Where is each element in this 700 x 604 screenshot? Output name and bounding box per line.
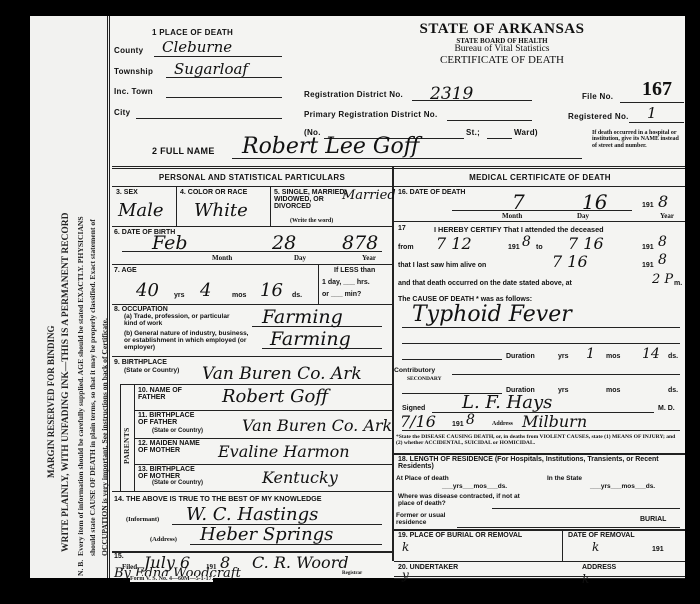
cause-of-death: Typhoid Fever: [412, 302, 572, 327]
to-year: 8: [658, 234, 667, 250]
birthplace-value: Van Buren Co. Ark: [202, 364, 362, 384]
father-birthplace-value: Van Buren Co. Ark: [242, 416, 392, 435]
township-value: Sugarloaf: [174, 60, 248, 78]
occupation-b-label: (b) General nature of industry, business…: [124, 331, 254, 351]
dob-day-caption: Day: [294, 254, 306, 262]
removal-mark: k: [592, 540, 599, 554]
mother-name-label: 12. MAIDEN NAME OF MOTHER: [138, 440, 208, 455]
father-name-label: 10. NAME OF FATHER: [138, 387, 208, 402]
signed-year-prefix: 191: [452, 421, 464, 428]
last-saw-year: 8: [658, 252, 667, 268]
registered-no-label: Registered No.: [568, 112, 629, 121]
age-yrs-caption: yrs: [174, 292, 185, 299]
birthplace-hint: (State or Country): [124, 367, 179, 374]
m-label: m.: [674, 280, 682, 287]
duration2-ds-label: ds.: [668, 387, 678, 394]
secondary-label: SECONDARY: [407, 376, 442, 382]
father-birthplace-label: 11. BIRTHPLACE OF FATHER: [138, 412, 198, 427]
in-mos: mos: [621, 483, 634, 490]
margin-reserved-text: MARGIN RESERVED FOR BINDING: [46, 326, 56, 478]
duration-days: 14: [642, 346, 660, 362]
marital-num: 5.: [274, 189, 280, 196]
occupation-a-label: (a) Trade, profession, or particular kin…: [124, 314, 232, 328]
informant-value: W. C. Hastings: [186, 504, 318, 525]
registration-district-label: Registration District No.: [304, 90, 403, 99]
at-yrs: yrs: [453, 483, 463, 490]
street-label: St.;: [466, 128, 480, 137]
full-name-label: 2 FULL NAME: [152, 146, 215, 156]
birthplace-label: 9. BIRTHPLACE: [114, 359, 167, 366]
sex-value: Male: [118, 200, 164, 221]
registration-district-value: 2319: [430, 84, 473, 104]
from-year: 8: [522, 234, 531, 250]
signed-year: 8: [466, 412, 475, 428]
last-saw-date: 7 16: [552, 252, 588, 271]
dob-year: 878: [342, 232, 378, 254]
form-number-footer: Form V. S. No. 4—60M—5-1-17.: [130, 576, 213, 582]
sig-address-value: Milburn: [522, 412, 587, 431]
city-label: City: [114, 108, 130, 117]
at-mos: mos: [473, 483, 486, 490]
registered-no-value: 1: [647, 104, 657, 122]
burial-mark: k: [402, 540, 409, 554]
age-months: 4: [200, 280, 211, 301]
to-label: to: [536, 244, 543, 251]
burial-label: 19. PLACE OF BURIAL OR REMOVAL: [398, 532, 522, 539]
less-day: 1 day,: [322, 279, 341, 286]
undertaker-address-mark: k: [582, 572, 589, 586]
state-title: STATE OF ARKANSAS: [402, 22, 602, 38]
in-yrs: yrs: [601, 483, 611, 490]
personal-section-title: PERSONAL AND STATISTICAL PARTICULARS: [112, 173, 392, 182]
from-date: 7 12: [436, 234, 472, 253]
certificate-title: CERTIFICATE OF DEATH: [402, 55, 602, 67]
from-year-prefix: 191: [508, 244, 520, 251]
age-years: 40: [136, 280, 159, 301]
dob-month-caption: Month: [212, 254, 232, 262]
physician-signature: L. F. Hays: [462, 392, 552, 413]
nb-line1: Every item of information should be care…: [76, 216, 85, 556]
file-no-value: 167: [642, 78, 672, 101]
nb-instructions-line3: OCCUPATION is very important. See instru…: [100, 318, 109, 556]
duration-ds-label: ds.: [668, 353, 678, 360]
dob-year-caption: Year: [362, 254, 376, 262]
contributory-label: Contributory: [394, 367, 435, 374]
informant-label: (Informant): [126, 516, 159, 523]
md-label: M. D.: [658, 405, 675, 412]
last-saw-year-prefix: 191: [642, 262, 654, 269]
age-label: 7. AGE: [114, 267, 137, 274]
age-days: 16: [260, 280, 283, 301]
age-ds-caption: ds.: [292, 292, 302, 299]
certify-text: I HEREBY CERTIFY That I attended the dec…: [434, 225, 604, 234]
mother-birthplace-label: 13. BIRTHPLACE OF MOTHER: [138, 466, 198, 481]
nb-instructions-line2: should state CAUSE OF DEATH in plain ter…: [88, 219, 97, 556]
marital-value: Married: [342, 188, 396, 203]
inc-town-label: Inc. Town: [114, 87, 153, 96]
less-min-label: or ___ min?: [322, 291, 361, 298]
duration-months: 1: [586, 346, 595, 362]
sig-address-label: Address: [492, 421, 513, 427]
county-label: County: [114, 46, 143, 55]
primary-registration-label: Primary Registration District No.: [304, 110, 438, 119]
marital-label-text: SINGLE, MARRIED, WIDOWED, OR DIVORCED: [274, 189, 346, 210]
mother-birthplace-hint: (State or Country): [152, 480, 203, 486]
medical-section-title: MEDICAL CERTIFICATE OF DEATH: [396, 173, 684, 182]
burial-header: BURIAL: [640, 516, 666, 523]
less-than-label: If LESS than: [334, 267, 375, 274]
sex-label: 3. SEX: [116, 189, 138, 196]
duration-label: Duration: [506, 353, 535, 360]
last-saw-label: that I last saw him alive on: [398, 262, 486, 269]
to-date: 7 16: [568, 234, 604, 253]
at-place-fields: ___yrs___mos___ds.: [442, 483, 507, 490]
at-ds: ds.: [498, 483, 507, 490]
informant-address-value: Heber Springs: [200, 524, 333, 545]
dod-year: 8: [658, 192, 668, 211]
age-mos-caption: mos: [232, 292, 246, 299]
signed-label: Signed: [402, 405, 425, 412]
undertaker-mark: y: [402, 568, 409, 582]
occupation-label: 8. OCCUPATION: [114, 306, 168, 313]
occurred-time: 2 P: [652, 272, 673, 287]
dod-day-caption: Day: [577, 212, 589, 220]
full-name-value: Robert Lee Goff: [242, 134, 419, 159]
nb-label: N. B.: [76, 560, 85, 576]
dod-month: 7: [512, 190, 525, 214]
dob-day: 28: [272, 232, 296, 254]
undertaker-address-label: ADDRESS: [582, 564, 616, 571]
father-name-value: Robert Goff: [222, 386, 328, 407]
date-of-death-label: 16. DATE OF DEATH: [398, 189, 465, 196]
signed-date: 7/16: [400, 412, 436, 431]
parents-label: PARENTS: [122, 427, 131, 464]
binding-margin: MARGIN RESERVED FOR BINDING WRITE PLAINL…: [30, 16, 110, 578]
certificate-form: 1 PLACE OF DEATH County Cleburne Townshi…: [112, 16, 685, 578]
in-ds: ds.: [646, 483, 655, 490]
duration2-mos-label: mos: [606, 387, 620, 394]
county-value: Cleburne: [162, 38, 232, 56]
in-state-fields: ___yrs___mos___ds.: [590, 483, 655, 490]
occurred-label: and that death occurred on the date stat…: [398, 280, 572, 287]
dod-year-caption: Year: [660, 212, 674, 220]
hrs-label: hrs.: [357, 279, 370, 286]
from-label: from: [398, 244, 414, 251]
dod-day: 16: [582, 190, 607, 214]
at-place-label: At Place of death: [396, 476, 456, 483]
race-label: 4. COLOR OR RACE: [180, 189, 247, 196]
occupation-a-value: Farming: [262, 306, 343, 328]
duration-mos-label: mos: [606, 353, 620, 360]
dod-year-prefix: 191: [642, 202, 654, 209]
father-birthplace-hint: (State or Country): [152, 428, 203, 434]
write-plainly-text: WRITE PLAINLY, WITH UNFADING INK—THIS IS…: [61, 212, 71, 552]
in-state-label: In the State: [547, 476, 587, 483]
duration-yrs-label: yrs: [558, 353, 569, 360]
residence-label: 18. LENGTH OF RESIDENCE (For Hospitals, …: [398, 456, 680, 471]
certify-num: 17: [398, 225, 406, 232]
mother-name-value: Evaline Harmon: [218, 442, 350, 461]
min-label: min?: [345, 291, 362, 298]
former-residence-label: Former or usual residence: [396, 513, 456, 527]
hospital-note: If death occurred in a hospital or insti…: [592, 130, 682, 149]
less-day-label: 1 day, ___ hrs.: [322, 279, 370, 286]
registrar-caption: Registrar: [342, 571, 362, 576]
informant-address-label: (Address): [150, 536, 177, 543]
nb-instructions-line1: N. B. Every item of information should b…: [76, 216, 85, 576]
mother-birthplace-value: Kentucky: [262, 468, 338, 487]
duration2-yrs-label: yrs: [558, 387, 569, 394]
place-of-death-label: 1 PLACE OF DEATH: [152, 28, 233, 37]
dod-month-caption: Month: [502, 212, 522, 220]
race-value: White: [194, 200, 248, 221]
or-label: or: [322, 291, 329, 298]
registrar-signature: C. R. Woord: [252, 553, 349, 572]
disease-contracted-label: Where was disease contracted, if not at …: [398, 494, 528, 508]
occupation-b-value: Farming: [270, 328, 351, 350]
removal-year-prefix: 191: [652, 546, 664, 553]
removal-date-label: DATE OF REMOVAL: [568, 532, 635, 539]
informant-declaration: 14. THE ABOVE IS TRUE TO THE BEST OF MY …: [114, 494, 322, 503]
dob-month: Feb: [152, 232, 188, 254]
township-label: Township: [114, 67, 153, 76]
marital-hint: (Write the word): [290, 218, 333, 224]
file-no-label: File No.: [582, 92, 613, 101]
certificate-header: STATE OF ARKANSAS STATE BOARD OF HEALTH …: [402, 22, 602, 67]
ward-label: Ward): [514, 128, 538, 137]
cause-footnote: *State the DISEASE CAUSING DEATH, or, in…: [396, 434, 682, 446]
filed-num: 15.: [114, 553, 124, 560]
to-year-prefix: 191: [642, 244, 654, 251]
